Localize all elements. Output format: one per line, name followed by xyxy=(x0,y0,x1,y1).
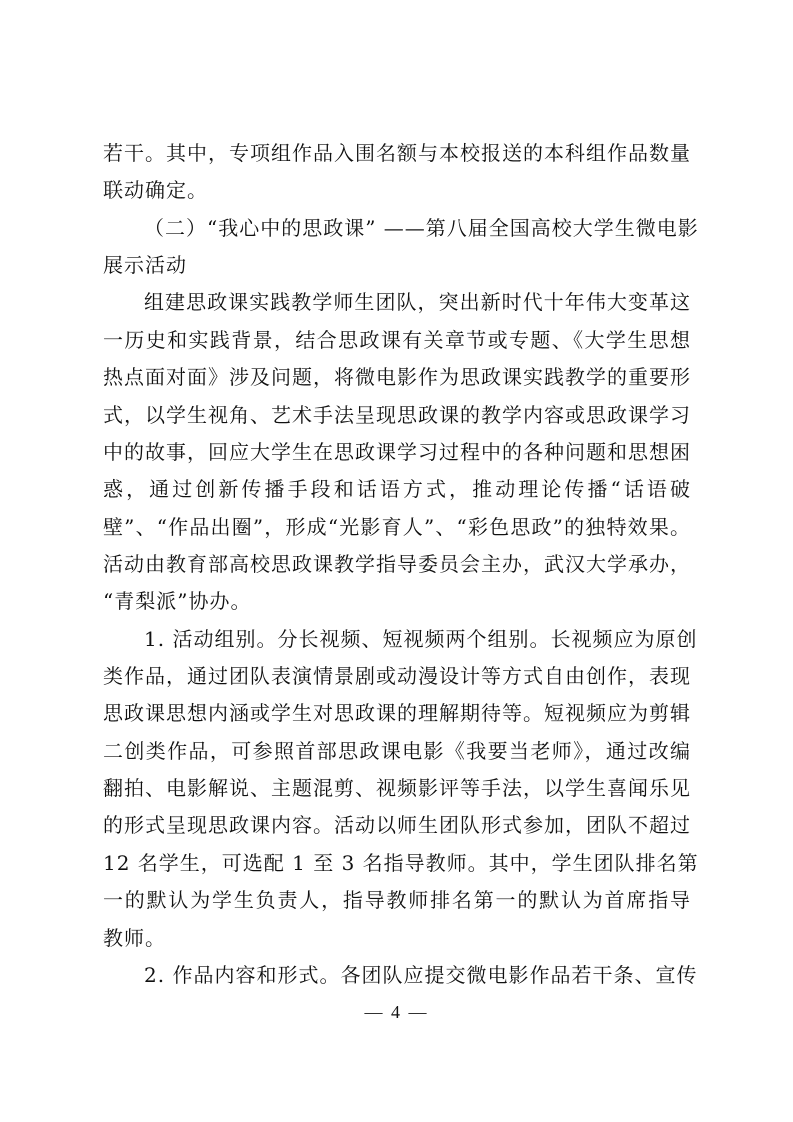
text-line: 翻拍、电影解说、主题混剪、视频影评等手法，以学生喜闻乐见 xyxy=(103,770,691,807)
text-line: 热点面对面》涉及问题，将微电影作为思政课实践教学的重要形 xyxy=(103,359,691,396)
text-line: 1. 活动组别。分长视频、短视频两个组别。长视频应为原创 xyxy=(103,621,691,658)
text-line: 一历史和实践背景，结合思政课有关章节或专题、《大学生思想 xyxy=(103,322,691,359)
text-line: 类作品，通过团队表演情景剧或动漫设计等方式自由创作，表现 xyxy=(103,658,691,695)
document-page: 若干。其中，专项组作品入围名额与本校报送的本科组作品数量 联动确定。 （二）“我… xyxy=(0,0,793,1122)
text-line: 式，以学生视角、艺术手法呈现思政课的教学内容或思政课学习 xyxy=(103,397,691,434)
text-line: 12 名学生，可选配 1 至 3 名指导教师。其中，学生团队排名第 xyxy=(103,845,691,882)
page-number: — 4 — xyxy=(0,999,793,1025)
text-line: 惑，通过创新传播手段和话语方式，推动理论传播“话语破 xyxy=(103,471,691,508)
text-line: 若干。其中，专项组作品入围名额与本校报送的本科组作品数量 xyxy=(103,135,691,172)
text-line: 二创类作品，可参照首部思政课电影《我要当老师》，通过改编 xyxy=(103,733,691,770)
paragraph-continuation: 若干。其中，专项组作品入围名额与本校报送的本科组作品数量 联动确定。 xyxy=(103,135,691,210)
text-line: 教师。 xyxy=(103,920,691,957)
text-line: 中的故事，回应大学生在思政课学习过程中的各种问题和思想困 xyxy=(103,434,691,471)
text-line: 思政课思想内涵或学生对思政课的理解期待等。短视频应为剪辑 xyxy=(103,695,691,732)
numbered-item-content-format: 2. 作品内容和形式。各团队应提交微电影作品若干条、宣传 xyxy=(103,957,691,994)
text-line: 活动由教育部高校思政课教学指导委员会主办，武汉大学承办， xyxy=(103,546,691,583)
numbered-item-activity-groups: 1. 活动组别。分长视频、短视频两个组别。长视频应为原创 类作品，通过团队表演情… xyxy=(103,621,691,957)
text-line: 壁”、“作品出圈”，形成“光影育人”、“彩色思政”的独特效果。 xyxy=(103,509,691,546)
paragraph-team-intro: 组建思政课实践教学师生团队，突出新时代十年伟大变革这 一历史和实践背景，结合思政… xyxy=(103,284,691,620)
heading-line: 展示活动 xyxy=(103,247,691,284)
text-line: 组建思政课实践教学师生团队，突出新时代十年伟大变革这 xyxy=(103,284,691,321)
document-body: 若干。其中，专项组作品入围名额与本校报送的本科组作品数量 联动确定。 （二）“我… xyxy=(103,135,691,994)
text-line: “青梨派”协办。 xyxy=(103,583,691,620)
section-heading: （二）“我心中的思政课” ——第八届全国高校大学生微电影 展示活动 xyxy=(103,210,691,285)
heading-line: （二）“我心中的思政课” ——第八届全国高校大学生微电影 xyxy=(103,210,691,247)
text-line: 2. 作品内容和形式。各团队应提交微电影作品若干条、宣传 xyxy=(103,957,691,994)
text-line: 的形式呈现思政课内容。活动以师生团队形式参加，团队不超过 xyxy=(103,807,691,844)
text-line: 一的默认为学生负责人，指导教师排名第一的默认为首席指导 xyxy=(103,882,691,919)
text-line: 联动确定。 xyxy=(103,172,691,209)
